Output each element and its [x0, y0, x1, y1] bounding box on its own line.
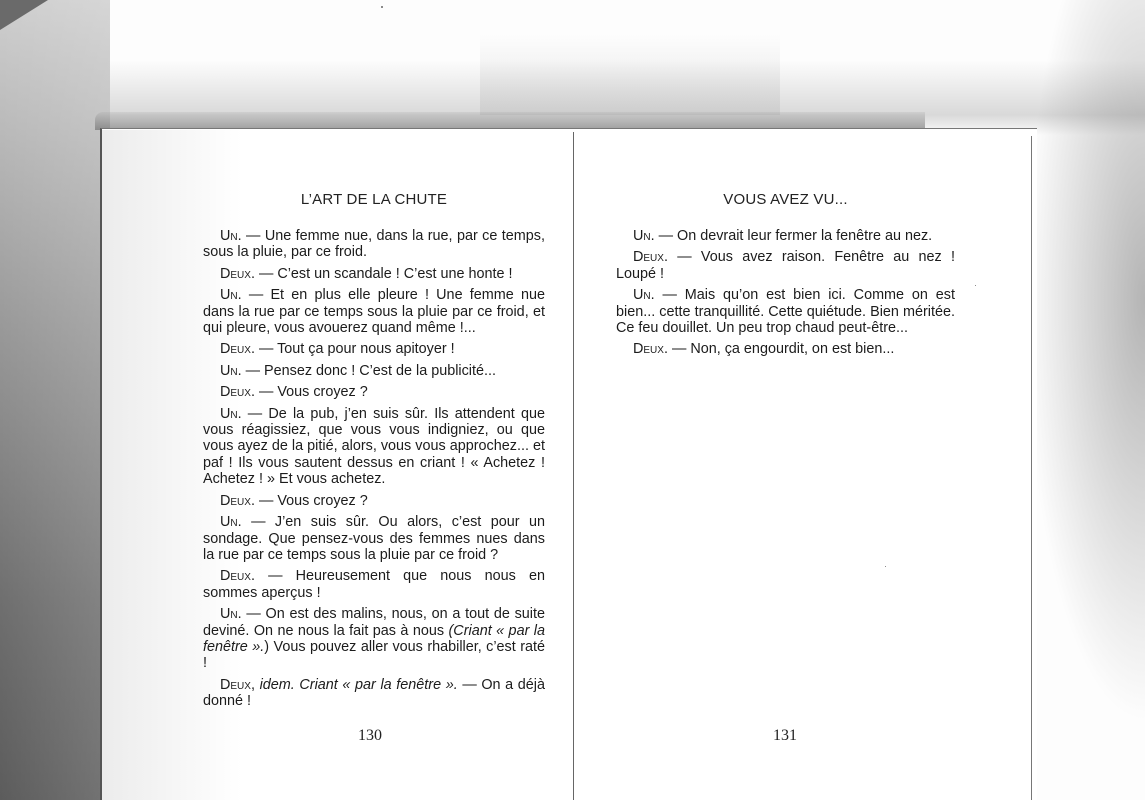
left-page-text: Un. — Une femme nue, dans la rue, par ce… [203, 228, 545, 601]
paragraph: Deux. — Vous croyez ? [203, 384, 545, 400]
speaker-label: Un. [220, 287, 242, 303]
dialogue-text: — Pensez donc ! C’est de la publicité... [242, 363, 496, 379]
paragraph: Un. — Pensez donc ! C’est de la publicit… [203, 363, 545, 379]
speaker-label: Un. [633, 287, 655, 303]
dialogue-text: — Tout ça pour nous apitoyer ! [255, 341, 455, 357]
speaker-label: Un. [220, 228, 242, 244]
running-head-left: L’ART DE LA CHUTE [203, 190, 545, 210]
scan-speck [885, 566, 886, 567]
paragraph: Un. — De la pub, j’en suis sûr. Ils atte… [203, 406, 545, 488]
paragraph: Un. — On devrait leur fermer la fenêtre … [616, 228, 955, 244]
dialogue-text: — Vous croyez ? [255, 384, 368, 400]
dialogue-text: — Mais qu’on est bien ici. Comme on est … [616, 287, 955, 336]
paragraph: Deux, idem. Criant « par la fenêtre ». —… [203, 677, 545, 710]
paragraph: Deux. — C’est un scandale ! C’est une ho… [203, 266, 545, 282]
scan-speck [381, 6, 383, 8]
paragraph: Deux. — Vous croyez ? [203, 493, 545, 509]
dialogue-text: — Une femme nue, dans la rue, par ce tem… [203, 228, 545, 260]
left-page: L’ART DE LA CHUTE Un. — Une femme nue, d… [203, 190, 545, 715]
speaker-label: Deux. [220, 341, 255, 357]
scanner-left-shadow [0, 0, 110, 800]
paragraph: Deux. — Non, ça engourdit, on est bien..… [616, 341, 955, 357]
speaker-label: Deux. [220, 266, 255, 282]
dialogue-text: — De la pub, j’en suis sûr. Ils attenden… [203, 406, 545, 488]
dialogue-text: — Non, ça engourdit, on est bien... [668, 341, 894, 357]
running-head-right: VOUS AVEZ VU... [616, 190, 955, 210]
page-number-left: 130 [358, 727, 382, 745]
scan-haze [480, 0, 780, 115]
speaker-label: Deux. [220, 493, 255, 509]
dialogue-text: — Vous croyez ? [255, 493, 368, 509]
dialogue-text: — Et en plus elle pleure ! Une femme nue… [203, 287, 545, 336]
paragraph: Deux. — Heureusement que nous nous en so… [203, 568, 545, 601]
paragraph: Un. — J’en suis sûr. Ou alors, c’est pou… [203, 514, 545, 563]
page-number-right: 131 [773, 727, 797, 745]
paragraph: Un. — On est des malins, nous, on a tout… [203, 606, 545, 672]
speaker-label: Deux. [220, 384, 255, 400]
book-gutter [573, 132, 574, 800]
paragraph: Un. — Mais qu’on est bien ici. Comme on … [616, 287, 955, 336]
speaker-label: Deux. [220, 568, 255, 584]
paragraph: Un. — Une femme nue, dans la rue, par ce… [203, 228, 545, 261]
paragraph: Deux. — Vous avez raison. Fenêtre au nez… [616, 249, 955, 282]
stage-direction: idem. Criant « par la fenêtre ». [255, 677, 458, 693]
speaker-label: Deux, [220, 677, 255, 693]
speaker-label: Un. [220, 514, 242, 530]
speaker-label: Un. [220, 406, 242, 422]
paragraph: Deux. — Tout ça pour nous apitoyer ! [203, 341, 545, 357]
scan-speck [975, 285, 976, 286]
dialogue-text: — C’est un scandale ! C’est une honte ! [255, 266, 513, 282]
speaker-label: Deux. [633, 249, 668, 265]
book-right-edge [1031, 136, 1032, 800]
right-page: VOUS AVEZ VU... Un. — On devrait leur fe… [616, 190, 955, 363]
speaker-label: Un. [633, 228, 655, 244]
right-page-text: Un. — On devrait leur fermer la fenêtre … [616, 228, 955, 358]
speaker-label: Deux. [633, 341, 668, 357]
speaker-label: Un. [220, 363, 242, 379]
dialogue-text: — On devrait leur fermer la fenêtre au n… [655, 228, 933, 244]
speaker-label: Un. [220, 606, 242, 622]
dialogue-text: — Heureusement que nous nous en sommes a… [203, 568, 545, 600]
paragraph: Un. — Et en plus elle pleure ! Une femme… [203, 287, 545, 336]
dialogue-text: — J’en suis sûr. Ou alors, c’est pour un… [203, 514, 545, 563]
